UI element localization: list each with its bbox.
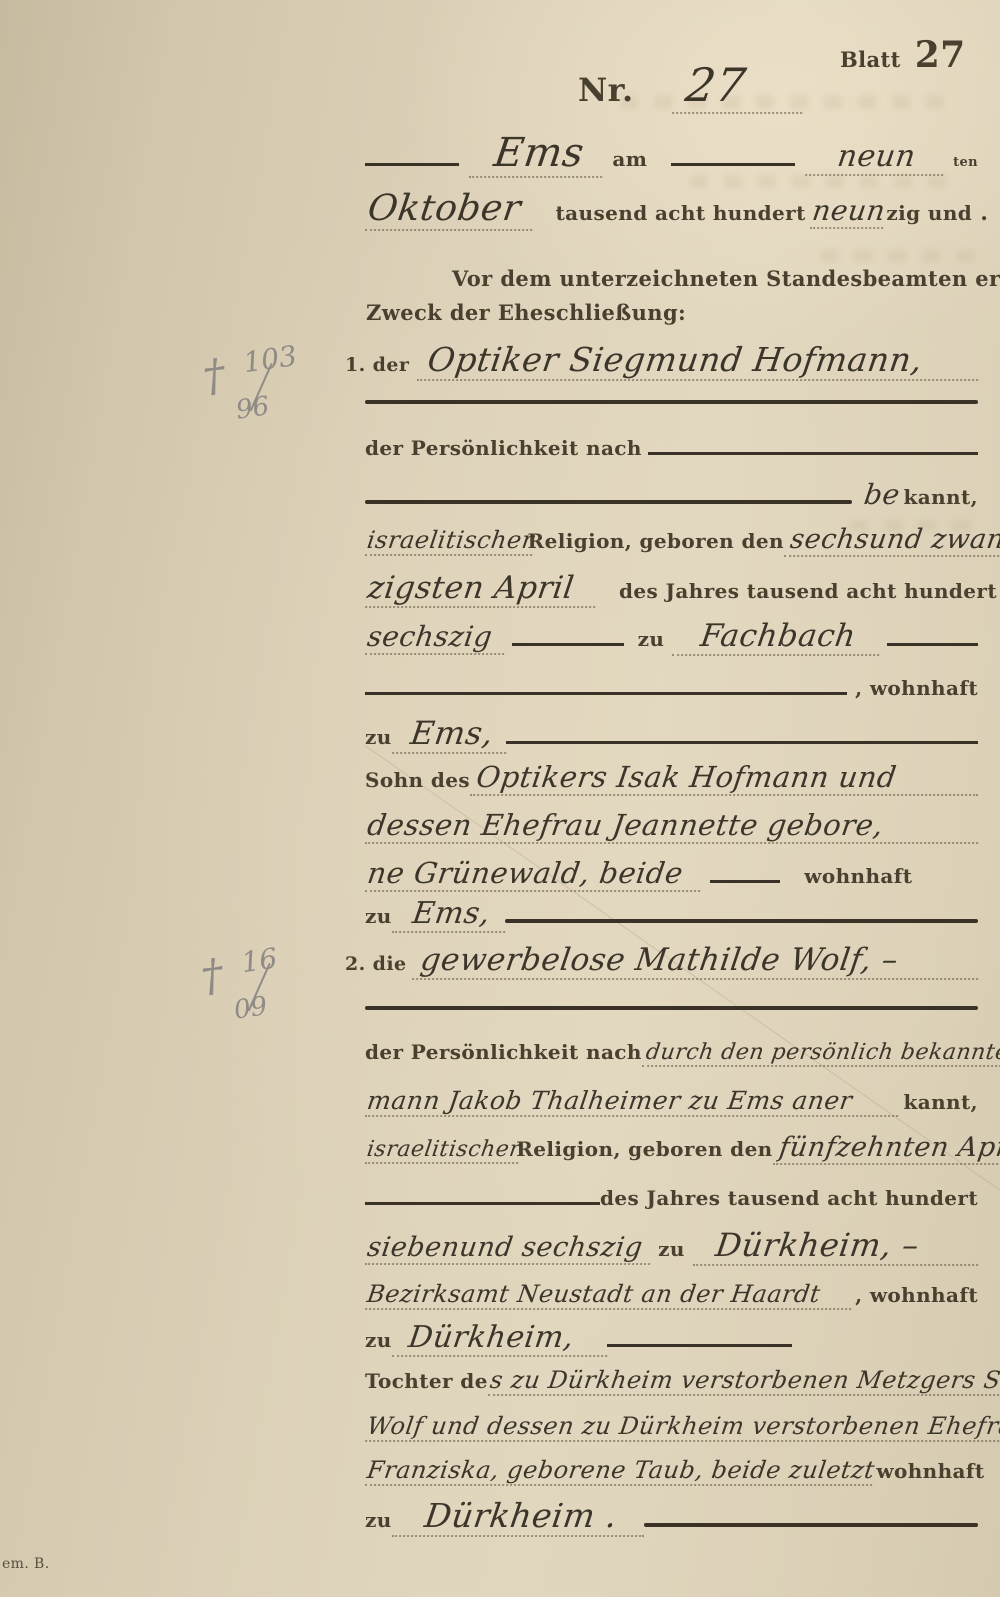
blank-rule (365, 1006, 978, 1010)
fraction-numerator: 16 (239, 942, 279, 980)
bleed-through-ghost (820, 250, 980, 262)
footer-stamp-text: em. B. (2, 1556, 50, 1572)
margin-note-1-fraction: 103 96 (226, 347, 295, 438)
bride-religion-label: Religion, geboren den (516, 1137, 772, 1161)
blank-rule (512, 643, 624, 646)
groom-religion-label: Religion, geboren den (528, 529, 784, 553)
month-entry: Oktober (365, 188, 538, 231)
groom-identity-line: der Persönlichkeit nach (365, 436, 978, 460)
blank-rule (506, 741, 978, 744)
groom-father-entry: Optikers Isak Hofmann und (470, 760, 983, 796)
fraction-denominator: 96 (234, 391, 271, 425)
bride-birthplace-entry: Dürkheim, – (693, 1226, 984, 1266)
bride-district-line: Bezirksamt Neustadt an der Haardt , wohn… (365, 1280, 978, 1310)
sheet-number-line: Blatt 27 (840, 34, 966, 76)
groom-residence-entry: Ems, (392, 714, 512, 754)
bride-residence-entry: Dürkheim, (392, 1320, 612, 1357)
record-number-line: Nr. 27 (578, 58, 801, 114)
groom-birthday-line: zigsten April des Jahres tausend acht hu… (365, 570, 978, 608)
bride-district-entry: Bezirksamt Neustadt an der Haardt (365, 1280, 855, 1310)
footer-stamp-line: em. B. (2, 1556, 50, 1572)
intro-line-2: Zweck der Eheschließung: (366, 300, 686, 325)
bride-zu-label-1: zu (658, 1237, 685, 1261)
blank-rule (648, 452, 978, 455)
bride-item-label: 2. die (345, 953, 406, 975)
blank-line (365, 400, 978, 404)
groom-father-line: Sohn des Optikers Isak Hofmann und (365, 760, 978, 796)
bride-parents-line-1: Tochter de s zu Dürkheim verstorbenen Me… (365, 1366, 978, 1396)
registry-document-page: Blatt 27 Nr. 27 Ems am neun ten Oktober … (0, 0, 1000, 1597)
dateline-place: Ems am neun ten (365, 130, 978, 178)
bride-religion-entry: israelitischer (365, 1137, 522, 1164)
cross-icon: † (201, 355, 228, 398)
groom-wohnhaft-label-2: wohnhaft (804, 864, 912, 888)
bride-wohnhaft-label-2: wohnhaft (876, 1459, 984, 1483)
bride-religion-line: israelitischer Religion, geboren den fün… (365, 1132, 978, 1165)
groom-zu-label-1: zu (638, 627, 665, 651)
bride-jahres-line: des Jahres tausend acht hundert (365, 1186, 978, 1210)
groom-name-entry: Optiker Siegmund Hofmann, (417, 340, 984, 381)
blank-rule (505, 919, 978, 923)
margin-note-2-fraction: 16 09 (224, 947, 293, 1038)
groom-name-line: 1. der Optiker Siegmund Hofmann, (345, 340, 978, 381)
am-label: am (612, 147, 647, 171)
dateline-year: Oktober tausend acht hundert neun zig un… (365, 188, 978, 231)
intro-line-1: Vor dem unterzeichneten Standesbeamten e… (452, 266, 1000, 291)
groom-mother-line-2: ne Grünewald, beide wohnhaft (365, 856, 978, 892)
sheet-label: Blatt (840, 47, 901, 72)
groom-bekannt-line: be kannt, (365, 478, 978, 511)
blank-rule (607, 1344, 793, 1347)
groom-residence-line: zu Ems, (365, 714, 978, 754)
blank-rule (644, 1523, 978, 1527)
groom-parents-residence-entry: Ems, (392, 896, 510, 933)
blank-rule (365, 692, 847, 695)
groom-zu-label-3: zu (365, 904, 392, 928)
bride-parents-line-2: Wolf und dessen zu Dürkheim verstorbenen… (365, 1412, 978, 1442)
groom-birthday-entry-1: sechsund zwan, (784, 524, 1000, 557)
tochter-label: Tochter de (365, 1369, 488, 1393)
bride-recognition-line: mann Jakob Thalheimer zu Ems aner kannt, (365, 1086, 978, 1117)
bride-parents-residence-line: zu Dürkheim . (365, 1496, 978, 1537)
fraction-numerator: 103 (241, 339, 299, 379)
bride-jahres-label: des Jahres tausend acht hundert (600, 1186, 978, 1210)
year-print-label: tausend acht hundert (556, 201, 806, 225)
year-entry: neun (810, 194, 888, 229)
record-number-value: 27 (672, 58, 809, 114)
groom-birthplace-entry: Fachbach (672, 618, 884, 656)
intro-text-2: Zweck der Eheschließung: (366, 300, 686, 325)
bekannt-entry: be (862, 478, 902, 511)
bride-persoenlichkeit-label: der Persönlichkeit nach (365, 1040, 642, 1064)
intro-text-1: Vor dem unterzeichneten Standesbeamten e… (452, 266, 1000, 291)
bride-birthday-entry: fünfzehnten April (773, 1132, 1000, 1165)
bride-wohnhaft-label-1: , wohnhaft (855, 1283, 978, 1307)
groom-jahres-label: des Jahres tausend acht hundert (619, 579, 997, 603)
bride-name-entry: gewerbelose Mathilde Wolf, – (412, 942, 983, 980)
bride-zu-label-2: zu (365, 1328, 392, 1352)
groom-religion-line: israelitischer Religion, geboren den sec… (365, 524, 978, 557)
bride-kannt-label: kannt, (904, 1090, 979, 1114)
groom-zu-label-2: zu (365, 725, 392, 749)
margin-note-2: † 16 09 (199, 947, 294, 1042)
day-suffix-label: ten (953, 155, 978, 170)
bride-residence-line: zu Dürkheim, (365, 1320, 978, 1357)
blank-rule (365, 163, 459, 166)
sheet-number: 27 (915, 34, 966, 76)
bride-parents-entry-2: Wolf und dessen zu Dürkheim verstorbenen… (365, 1412, 1000, 1442)
persoenlichkeit-label: der Persönlichkeit nach (365, 436, 642, 460)
margin-note-1: † 103 96 (201, 347, 296, 442)
bride-recognition-entry-2: mann Jakob Thalheimer zu Ems aner (365, 1086, 902, 1117)
bride-parents-entry-1: s zu Dürkheim verstorbenen Metzgers Samu… (488, 1366, 1000, 1396)
bride-birthyear-entry: siebenund sechszig (365, 1232, 655, 1265)
record-number-label: Nr. (578, 71, 634, 109)
bride-parents-line-3: Franziska, geborene Taub, beide zuletzt … (365, 1456, 978, 1486)
groom-mother-line-1: dessen Ehefrau Jeannette gebore, (365, 808, 978, 844)
bekannt-label: kannt, (904, 485, 979, 509)
bride-recognition-entry-1: durch den persönlich bekannten Kauf, (642, 1040, 1000, 1067)
year-suffix-label: zig und (886, 201, 972, 225)
groom-mother-entry-2: ne Grünewald, beide (365, 856, 705, 892)
fraction-denominator: 09 (232, 991, 269, 1025)
groom-religion-entry: israelitischer (365, 526, 536, 556)
bride-parents-residence-entry: Dürkheim . (392, 1496, 650, 1537)
bride-identity-line: der Persönlichkeit nach durch den persön… (365, 1040, 978, 1067)
bride-name-line: 2. die gewerbelose Mathilde Wolf, – (345, 942, 978, 980)
blank-rule (710, 880, 780, 883)
blank-rule (365, 500, 852, 504)
groom-birthday-entry-2: zigsten April (365, 570, 600, 608)
cross-icon: † (199, 955, 226, 998)
blank-rule (365, 400, 978, 404)
groom-wohnhaft-line: , wohnhaft (365, 676, 978, 700)
groom-item-label: 1. der (345, 354, 409, 376)
bride-birthyear-line: siebenund sechszig zu Dürkheim, – (365, 1226, 978, 1266)
sohn-label: Sohn des (365, 768, 470, 792)
blank-line (365, 1006, 978, 1010)
groom-wohnhaft-label-1: , wohnhaft (855, 676, 978, 700)
blank-rule (887, 643, 978, 646)
bride-zu-label-3: zu (365, 1508, 392, 1532)
groom-mother-entry-1: dessen Ehefrau Jeannette gebore, (365, 808, 983, 844)
place-entry: Ems (469, 130, 609, 178)
groom-birthyear-entry: sechszig (365, 620, 509, 655)
blank-rule (671, 163, 795, 166)
day-entry: neun (805, 139, 948, 176)
groom-birthyear-line: sechszig zu Fachbach (365, 618, 978, 656)
groom-parents-residence-line: zu Ems, (365, 896, 978, 933)
bride-parents-entry-3: Franziska, geborene Taub, beide zuletzt (365, 1456, 877, 1486)
blank-rule (365, 1202, 600, 1205)
period-mark: . (980, 200, 988, 226)
